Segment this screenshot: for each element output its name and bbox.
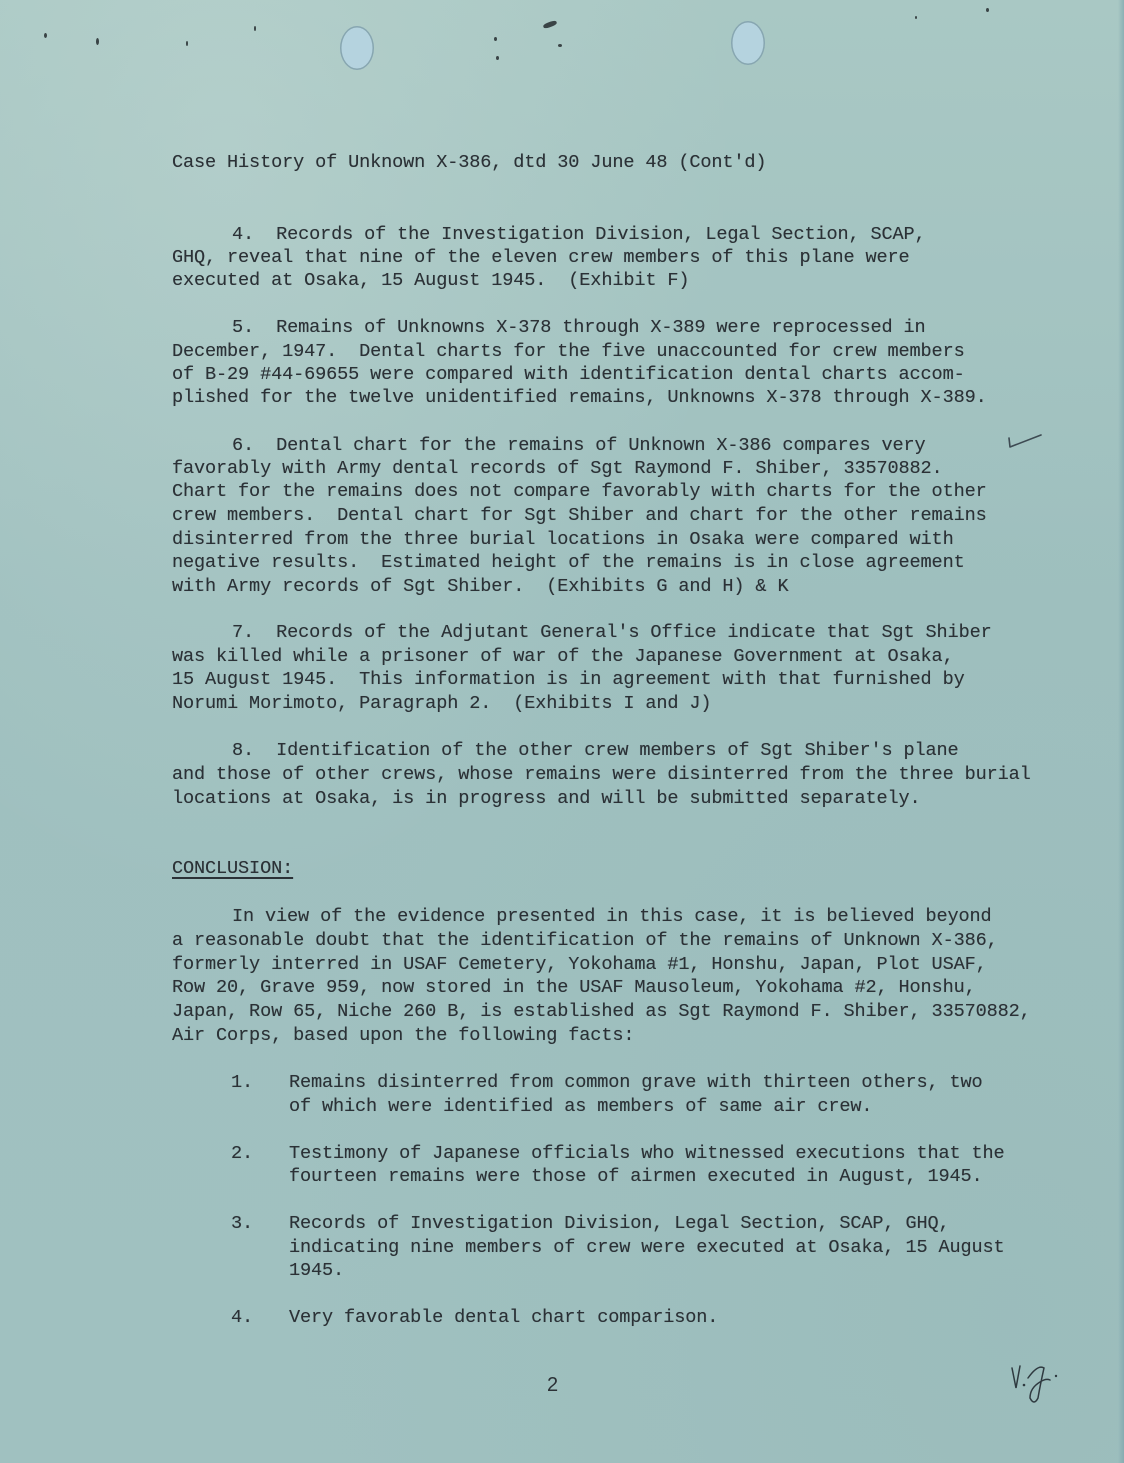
- paragraph-7-line: was killed while a prisoner of war of th…: [172, 647, 954, 667]
- paragraph-text: Records of the Adjutant General's Office…: [276, 622, 992, 643]
- paragraph-4-line: GHQ, reveal that nine of the eleven crew…: [172, 248, 910, 268]
- fact-text: indicating nine members of crew were exe…: [289, 1238, 1005, 1258]
- paragraph-8-first-line: 8. Identification of the other crew memb…: [232, 741, 959, 761]
- handwritten-initials-icon: [1008, 1358, 1068, 1408]
- paragraph-6-line: disinterred from the three burial locati…: [172, 530, 954, 550]
- page-number: 2: [547, 1374, 558, 1397]
- fact-text: of which were identified as members of s…: [289, 1097, 872, 1117]
- paragraph-text: Dental chart for the remains of Unknown …: [276, 435, 925, 456]
- document-page: Case History of Unknown X-386, dtd 30 Ju…: [0, 0, 1124, 1463]
- fact-text: Testimony of Japanese officials who witn…: [289, 1144, 1005, 1164]
- paragraph-number: 8.: [232, 740, 254, 761]
- scan-speck: [915, 16, 917, 19]
- paragraph-text: Records of the Investigation Division, L…: [276, 224, 925, 245]
- paragraph-4-first-line: 4. Records of the Investigation Division…: [232, 225, 926, 245]
- punch-hole-right: [731, 21, 765, 65]
- paragraph-text: Identification of the other crew members…: [276, 740, 959, 761]
- fact-text: fourteen remains were those of airmen ex…: [289, 1167, 983, 1187]
- conclusion-heading: CONCLUSION:: [172, 859, 293, 879]
- paragraph-number: 6.: [232, 435, 254, 456]
- fact-number: 2.: [231, 1144, 253, 1164]
- paragraph-6-first-line: 6. Dental chart for the remains of Unkno…: [232, 436, 926, 456]
- paragraph-5-line: of B-29 #44-69655 were compared with ide…: [172, 365, 965, 385]
- paragraph-number: 5.: [232, 317, 254, 338]
- scan-speck: [254, 26, 256, 31]
- scan-speck: [186, 41, 188, 46]
- fact-text: Remains disinterred from common grave wi…: [289, 1073, 983, 1093]
- paragraph-7-line: 15 August 1945. This information is in a…: [172, 670, 965, 690]
- conclusion-line: a reasonable doubt that the identificati…: [172, 931, 998, 951]
- conclusion-line: In view of the evidence presented in thi…: [232, 907, 992, 927]
- paragraph-5-line: plished for the twelve unidentified rema…: [172, 388, 987, 408]
- paragraph-7-first-line: 7. Records of the Adjutant General's Off…: [232, 623, 992, 643]
- paragraph-5-line: December, 1947. Dental charts for the fi…: [172, 342, 965, 362]
- fact-number: 4.: [231, 1308, 253, 1328]
- paragraph-6-line: Chart for the remains does not compare f…: [172, 482, 987, 502]
- conclusion-line: Japan, Row 65, Niche 260 B, is establish…: [172, 1002, 1031, 1022]
- scan-speck: [44, 33, 47, 38]
- paragraph-8-line: locations at Osaka, is in progress and w…: [172, 789, 921, 809]
- paragraph-number: 7.: [232, 622, 254, 643]
- paragraph-7-line: Norumi Morimoto, Paragraph 2. (Exhibits …: [172, 694, 711, 714]
- fact-number: 3.: [231, 1214, 253, 1234]
- document-header: Case History of Unknown X-386, dtd 30 Ju…: [172, 153, 766, 173]
- conclusion-line: Air Corps, based upon the following fact…: [172, 1026, 634, 1046]
- scan-speck: [496, 56, 499, 60]
- paragraph-number: 4.: [232, 224, 254, 245]
- fact-text: Very favorable dental chart comparison.: [289, 1308, 718, 1328]
- paragraph-6-line: with Army records of Sgt Shiber. (Exhibi…: [172, 577, 788, 597]
- conclusion-line: Row 20, Grave 959, now stored in the USA…: [172, 978, 976, 998]
- checkmark-icon: [1005, 433, 1045, 453]
- conclusion-line: formerly interred in USAF Cemetery, Yoko…: [172, 955, 987, 975]
- scan-speck: [986, 8, 989, 12]
- fact-text: 1945.: [289, 1261, 344, 1281]
- scan-speck: [558, 44, 562, 47]
- scan-speck: [96, 38, 99, 45]
- paragraph-6-line: negative results. Estimated height of th…: [172, 553, 965, 573]
- page-edge-shadow: [1118, 0, 1124, 1463]
- paragraph-6-line: crew members. Dental chart for Sgt Shibe…: [172, 506, 987, 526]
- fact-text: Records of Investigation Division, Legal…: [289, 1214, 949, 1234]
- paragraph-text: Remains of Unknowns X-378 through X-389 …: [276, 317, 925, 338]
- paragraph-4-line: executed at Osaka, 15 August 1945. (Exhi…: [172, 271, 689, 291]
- scan-speck: [494, 37, 497, 41]
- punch-hole-left: [340, 26, 374, 70]
- paragraph-5-first-line: 5. Remains of Unknowns X-378 through X-3…: [232, 318, 926, 338]
- paragraph-8-line: and those of other crews, whose remains …: [172, 765, 1031, 785]
- scan-speck: [543, 20, 558, 29]
- fact-number: 1.: [231, 1073, 253, 1093]
- paragraph-6-line: favorably with Army dental records of Sg…: [172, 459, 943, 479]
